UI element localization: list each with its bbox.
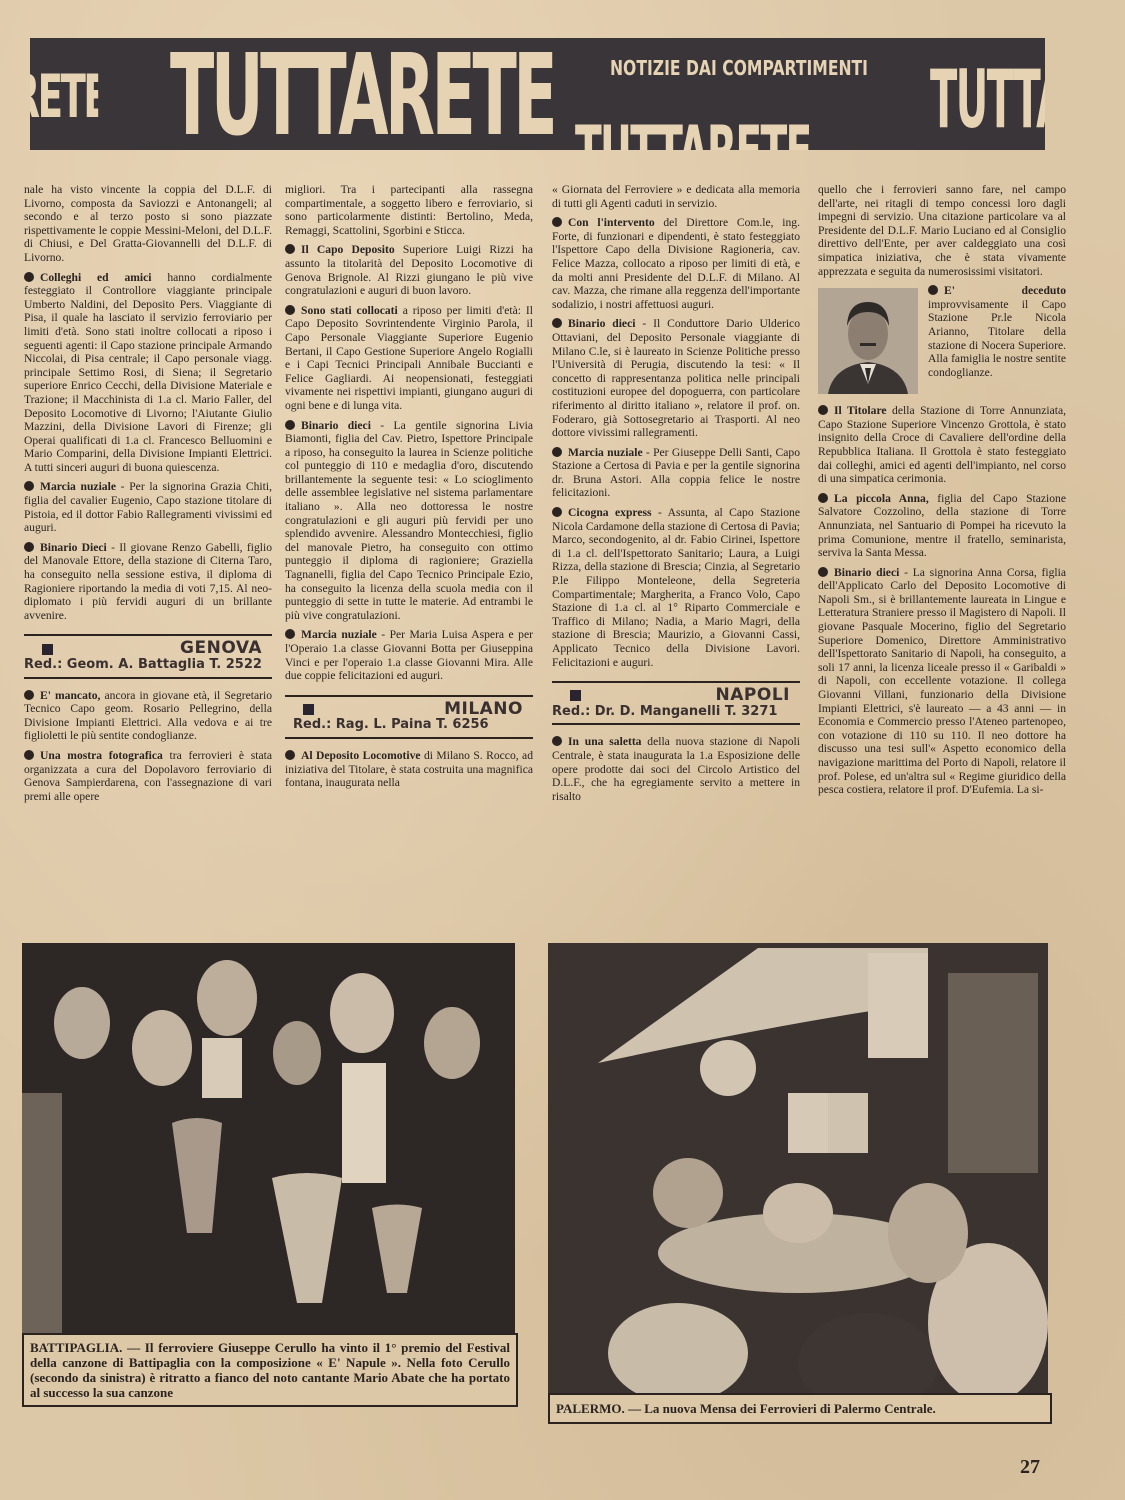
news-item: Sono stati collocati a riposo per limiti…: [285, 304, 533, 413]
bullet-icon: [285, 305, 295, 315]
canteen-photo-icon: [548, 943, 1048, 1393]
news-item: Binario dieci - La signorina Anna Corsa,…: [818, 566, 1066, 797]
bullet-icon: [818, 567, 828, 577]
column-3: « Giornata del Ferroviere » e dedicata a…: [552, 183, 800, 809]
news-item: Il Titolare della Stazione di Torre Annu…: [818, 404, 1066, 486]
square-icon: [570, 690, 581, 701]
caption-battipaglia: BATTIPAGLIA. — Il ferroviere Giuseppe Ce…: [22, 1333, 518, 1407]
news-item: Una mostra fotografica tra ferrovieri è …: [24, 749, 272, 803]
news-item: Cicogna express - Assunta, al Capo Stazi…: [552, 506, 800, 669]
section-header-napoli: NAPOLI Red.: Dr. D. Manganelli T. 3271: [552, 681, 800, 725]
news-item: Binario Dieci - Il giovane Renzo Gabelli…: [24, 541, 272, 623]
bullet-icon: [24, 272, 34, 282]
header-banner: RETE TUTTARETE NOTIZIE DAI COMPARTIMENTI…: [30, 38, 1045, 150]
banner-title: TUTTARETE: [170, 42, 554, 150]
news-item: Marcia nuziale - Per Giuseppe Delli Sant…: [552, 446, 800, 500]
bullet-icon: [24, 542, 34, 552]
article-continuation: « Giornata del Ferroviere » e dedicata a…: [552, 183, 800, 210]
bullet-icon: [552, 318, 562, 328]
obituary-block: E' deceduto improvvisamente il Capo Staz…: [818, 284, 1066, 398]
news-item: Binario dieci - Il Conduttore Dario Ulde…: [552, 317, 800, 439]
photo-palermo: [548, 943, 1048, 1393]
section-header-genova: GENOVA Red.: Geom. A. Battaglia T. 2522: [24, 634, 272, 678]
man-portrait-icon: [818, 288, 918, 394]
banner-fragment-right: TUTTA: [930, 60, 1045, 140]
section-editor: Red.: Rag. L. Paina T. 6256: [285, 718, 533, 732]
bullet-icon: [818, 493, 828, 503]
news-item: Marcia nuziale - Per la signorina Grazia…: [24, 480, 272, 534]
news-item: In una saletta della nuova stazione di N…: [552, 735, 800, 803]
column-1: nale ha visto vincente la coppia del D.L…: [24, 183, 272, 809]
section-header-milano: MILANO Red.: Rag. L. Paina T. 6256: [285, 695, 533, 739]
article-continuation: nale ha visto vincente la coppia del D.L…: [24, 183, 272, 265]
column-2: migliori. Tra i partecipanti alla rasseg…: [285, 183, 533, 796]
news-item: Binario dieci - La gentile signorina Liv…: [285, 419, 533, 623]
banner-subtitle: NOTIZIE DAI COMPARTIMENTI: [610, 56, 868, 80]
trophy-group-photo-icon: [22, 943, 515, 1333]
bullet-icon: [285, 750, 295, 760]
news-item: E' mancato, ancora in giovane età, il Se…: [24, 689, 272, 743]
banner-fragment-left: RETE: [30, 60, 98, 135]
news-item: Il Capo Deposito Superiore Luigi Rizzi h…: [285, 243, 533, 297]
square-icon: [303, 704, 314, 715]
portrait-photo: [818, 288, 918, 394]
bullet-icon: [24, 481, 34, 491]
bullet-icon: [552, 447, 562, 457]
bullet-icon: [285, 244, 295, 254]
page-number: 27: [1020, 1456, 1040, 1479]
bullet-icon: [552, 736, 562, 746]
bullet-icon: [24, 690, 34, 700]
square-icon: [42, 644, 53, 655]
column-4: quello che i ferrovieri sanno fare, nel …: [818, 183, 1066, 803]
article-continuation: migliori. Tra i partecipanti alla rasseg…: [285, 183, 533, 237]
news-item: Colleghi ed amici hanno cordialmente fes…: [24, 271, 272, 475]
news-item: Con l'intervento del Direttore Com.le, i…: [552, 216, 800, 311]
bullet-icon: [818, 405, 828, 415]
news-item: La piccola Anna, figlia del Capo Stazion…: [818, 492, 1066, 560]
photo-battipaglia: [22, 943, 515, 1333]
banner-title-cut: TUTTARETE: [575, 112, 811, 150]
section-editor: Red.: Geom. A. Battaglia T. 2522: [24, 658, 272, 672]
bullet-icon: [552, 507, 562, 517]
bullet-icon: [285, 629, 295, 639]
news-item: Al Deposito Locomotive di Milano S. Rocc…: [285, 749, 533, 790]
bullet-icon: [285, 420, 295, 430]
section-editor: Red.: Dr. D. Manganelli T. 3271: [552, 705, 800, 719]
news-item: Marcia nuziale - Per Maria Luisa Aspera …: [285, 628, 533, 682]
article-continuation: quello che i ferrovieri sanno fare, nel …: [818, 183, 1066, 278]
bullet-icon: [24, 750, 34, 760]
bullet-icon: [928, 285, 938, 295]
caption-palermo: PALERMO. — La nuova Mensa dei Ferrovieri…: [548, 1393, 1052, 1424]
bullet-icon: [552, 217, 562, 227]
